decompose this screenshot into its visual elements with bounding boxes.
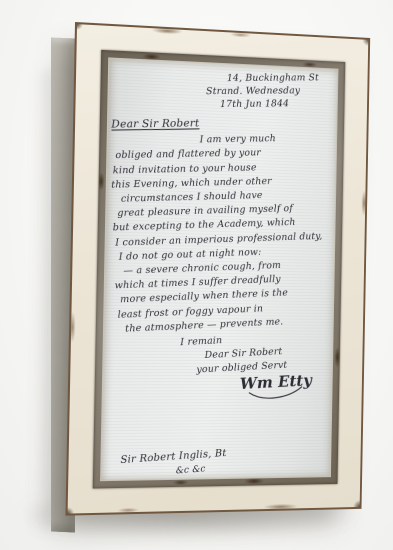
letter-paper: 14, Buckingham St Strand. Wednesday 17th… bbox=[100, 57, 338, 481]
signature-row: Wm Etty bbox=[240, 369, 333, 398]
date-line: 17th Jun 1844 bbox=[108, 97, 323, 112]
letter-content: 14, Buckingham St Strand. Wednesday 17th… bbox=[108, 71, 336, 481]
letter-footer: Sir Robert Inglis, Bt&c &c bbox=[120, 439, 335, 481]
letter-body: I am very muchobliged and flattered by y… bbox=[110, 132, 331, 338]
picture-frame: 14, Buckingham St Strand. Wednesday 17th… bbox=[65, 22, 370, 516]
frame-front-face: 14, Buckingham St Strand. Wednesday 17th… bbox=[65, 22, 370, 516]
product-photo: 14, Buckingham St Strand. Wednesday 17th… bbox=[0, 0, 393, 550]
signature-flourish-icon bbox=[246, 384, 306, 401]
salutation: Dear Sir Robert bbox=[111, 115, 324, 132]
